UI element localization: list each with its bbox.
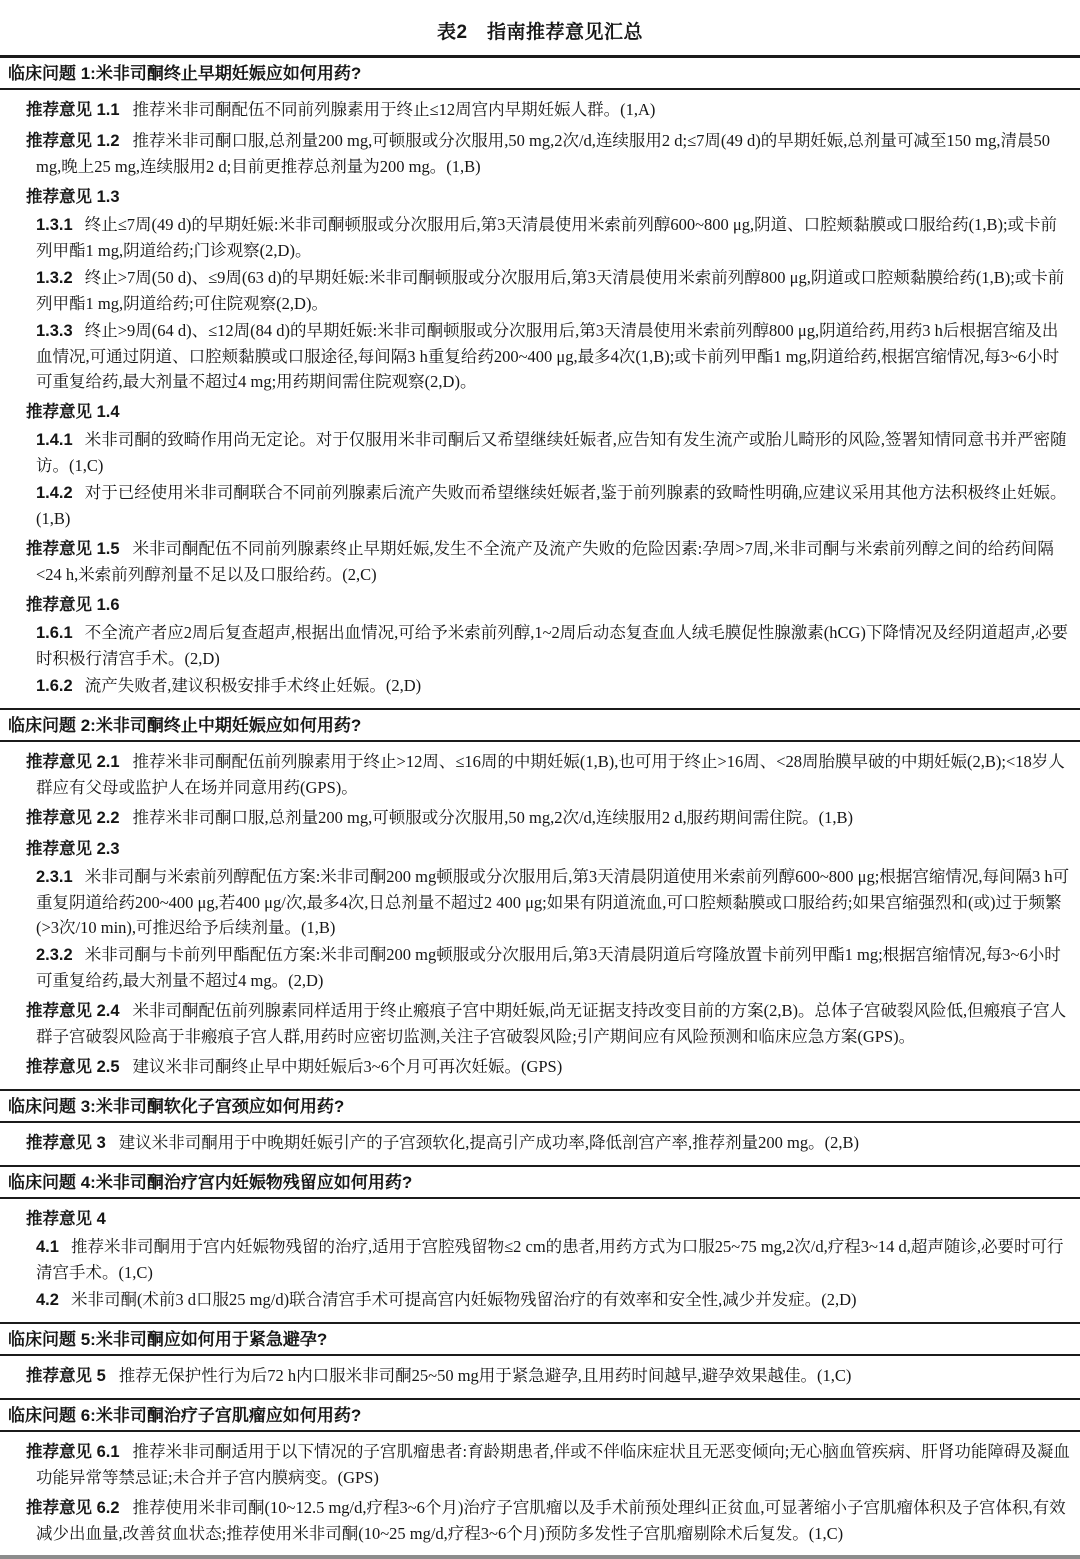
- recommendation-label: 推荐意见 4: [26, 1210, 106, 1228]
- clinical-question-row: 临床问题 3:米非司酮软化子宫颈应如何用药?: [0, 1089, 1080, 1123]
- table-title: 表2 指南推荐意见汇总: [0, 0, 1080, 55]
- recommendation-text: 推荐使用米非司酮(10~12.5 mg/d,疗程3~6个月)治疗子宫肌瘤以及手术…: [36, 1498, 1066, 1543]
- document-page: 表2 指南推荐意见汇总 临床问题 1:米非司酮终止早期妊娠应如何用药?推荐意见 …: [0, 0, 1080, 1559]
- sub-recommendation-item: 1.4.2对于已经使用米非司酮联合不同前列腺素后流产失败而希望继续妊娠者,鉴于前…: [0, 480, 1072, 531]
- clinical-question-row: 临床问题 1:米非司酮终止早期妊娠应如何用药?: [0, 56, 1080, 90]
- sub-recommendation-text: 不全流产者应2周后复查超声,根据出血情况,可给予米索前列醇,1~2周后动态复查血…: [36, 623, 1068, 668]
- sub-recommendation-label: 1.3.1: [36, 216, 73, 234]
- recommendation-label: 推荐意见 2.5: [26, 1058, 120, 1076]
- sub-recommendation-text: 对于已经使用米非司酮联合不同前列腺素后流产失败而希望继续妊娠者,鉴于前列腺素的致…: [36, 483, 1066, 528]
- recommendation-text: 推荐米非司酮配伍前列腺素用于终止>12周、≤16周的中期妊娠(1,B),也可用于…: [36, 752, 1065, 797]
- recommendation-label: 推荐意见 1.3: [26, 188, 120, 206]
- recommendation-label: 推荐意见 1.2: [26, 132, 120, 150]
- sub-recommendation-label: 1.4.1: [36, 431, 73, 449]
- recommendation-item: 推荐意见 3建议米非司酮用于中晚期妊娠引产的子宫颈软化,提高引产成功率,降低剖宫…: [0, 1130, 1072, 1156]
- recommendation-item: 推荐意见 6.2推荐使用米非司酮(10~12.5 mg/d,疗程3~6个月)治疗…: [0, 1495, 1072, 1546]
- recommendation-item: 推荐意见 2.3: [0, 836, 1072, 862]
- recommendation-label: 推荐意见 5: [26, 1367, 106, 1385]
- recommendation-text: 推荐米非司酮口服,总剂量200 mg,可顿服或分次服用,50 mg,2次/d,连…: [133, 808, 854, 827]
- sub-recommendation-item: 1.3.3终止>9周(64 d)、≤12周(84 d)的早期妊娠:米非司酮顿服或…: [0, 318, 1072, 394]
- clinical-question-row: 临床问题 4:米非司酮治疗宫内妊娠物残留应如何用药?: [0, 1165, 1080, 1199]
- recommendation-label: 推荐意见 6.1: [26, 1443, 120, 1461]
- recommendation-item: 推荐意见 2.1推荐米非司酮配伍前列腺素用于终止>12周、≤16周的中期妊娠(1…: [0, 749, 1072, 800]
- sub-recommendation-item: 1.4.1米非司酮的致畸作用尚无定论。对于仅服用米非司酮后又希望继续妊娠者,应告…: [0, 427, 1072, 478]
- recommendation-text: 建议米非司酮终止早中期妊娠后3~6个月可再次妊娠。(GPS): [133, 1057, 563, 1076]
- clinical-question-row: 临床问题 2:米非司酮终止中期妊娠应如何用药?: [0, 708, 1080, 742]
- sub-recommendation-item: 1.3.2终止>7周(50 d)、≤9周(63 d)的早期妊娠:米非司酮顿服或分…: [0, 265, 1072, 316]
- recommendation-text: 推荐米非司酮配伍不同前列腺素用于终止≤12周宫内早期妊娠人群。(1,A): [133, 100, 656, 119]
- recommendation-label: 推荐意见 2.2: [26, 809, 120, 827]
- sub-recommendation-item: 4.2米非司酮(术前3 d口服25 mg/d)联合清宫手术可提高宫内妊娠物残留治…: [0, 1287, 1072, 1313]
- recommendation-text: 建议米非司酮用于中晚期妊娠引产的子宫颈软化,提高引产成功率,降低剖宫产率,推荐剂…: [119, 1133, 859, 1152]
- sub-recommendation-item: 1.6.1不全流产者应2周后复查超声,根据出血情况,可给予米索前列醇,1~2周后…: [0, 620, 1072, 671]
- sub-recommendation-label: 1.3.3: [36, 322, 73, 340]
- recommendation-label: 推荐意见 2.1: [26, 753, 120, 771]
- sub-recommendation-text: 终止>9周(64 d)、≤12周(84 d)的早期妊娠:米非司酮顿服或分次服用后…: [36, 321, 1059, 391]
- sub-recommendation-text: 米非司酮(术前3 d口服25 mg/d)联合清宫手术可提高宫内妊娠物残留治疗的有…: [71, 1290, 857, 1309]
- clinical-question-row: 临床问题 6:米非司酮治疗子宫肌瘤应如何用药?: [0, 1398, 1080, 1432]
- sub-recommendation-text: 终止>7周(50 d)、≤9周(63 d)的早期妊娠:米非司酮顿服或分次服用后,…: [36, 268, 1064, 313]
- sub-recommendation-label: 1.4.2: [36, 484, 73, 502]
- section-body: 推荐意见 6.1推荐米非司酮适用于以下情况的子宫肌瘤患者:育龄期患者,伴或不伴临…: [0, 1432, 1080, 1555]
- sub-recommendation-label: 4.2: [36, 1291, 59, 1309]
- section-body: 推荐意见 1.1推荐米非司酮配伍不同前列腺素用于终止≤12周宫内早期妊娠人群。(…: [0, 90, 1080, 708]
- recommendation-text: 米非司酮配伍不同前列腺素终止早期妊娠,发生不全流产及流产失败的危险因素:孕周>7…: [36, 539, 1054, 584]
- recommendation-label: 推荐意见 1.6: [26, 596, 120, 614]
- clinical-question-row: 临床问题 5:米非司酮应如何用于紧急避孕?: [0, 1322, 1080, 1356]
- section-body: 推荐意见 3建议米非司酮用于中晚期妊娠引产的子宫颈软化,提高引产成功率,降低剖宫…: [0, 1123, 1080, 1165]
- recommendation-item: 推荐意见 1.3: [0, 184, 1072, 210]
- section-body: 推荐意见 2.1推荐米非司酮配伍前列腺素用于终止>12周、≤16周的中期妊娠(1…: [0, 742, 1080, 1089]
- recommendation-item: 推荐意见 4: [0, 1206, 1072, 1232]
- recommendation-item: 推荐意见 1.5米非司酮配伍不同前列腺素终止早期妊娠,发生不全流产及流产失败的危…: [0, 536, 1072, 587]
- sub-recommendation-text: 米非司酮的致畸作用尚无定论。对于仅服用米非司酮后又希望继续妊娠者,应告知有发生流…: [36, 430, 1066, 475]
- recommendation-label: 推荐意见 1.1: [26, 101, 120, 119]
- sub-recommendation-text: 推荐米非司酮用于宫内妊娠物残留的治疗,适用于宫腔残留物≤2 cm的患者,用药方式…: [36, 1237, 1064, 1282]
- recommendation-item: 推荐意见 2.4米非司酮配伍前列腺素同样适用于终止瘢痕子宫中期妊娠,尚无证据支持…: [0, 998, 1072, 1049]
- sub-recommendation-label: 1.6.2: [36, 677, 73, 695]
- sub-recommendation-label: 2.3.2: [36, 946, 73, 964]
- recommendation-item: 推荐意见 1.1推荐米非司酮配伍不同前列腺素用于终止≤12周宫内早期妊娠人群。(…: [0, 97, 1072, 123]
- recommendation-item: 推荐意见 1.2推荐米非司酮口服,总剂量200 mg,可顿服或分次服用,50 m…: [0, 128, 1072, 179]
- recommendation-label: 推荐意见 2.4: [26, 1002, 120, 1020]
- section-body: 推荐意见 5推荐无保护性行为后72 h内口服米非司酮25~50 mg用于紧急避孕…: [0, 1356, 1080, 1398]
- sub-recommendation-item: 4.1推荐米非司酮用于宫内妊娠物残留的治疗,适用于宫腔残留物≤2 cm的患者,用…: [0, 1234, 1072, 1285]
- sub-recommendation-label: 2.3.1: [36, 868, 73, 886]
- recommendation-label: 推荐意见 1.4: [26, 403, 120, 421]
- recommendation-item: 推荐意见 1.4: [0, 399, 1072, 425]
- recommendation-item: 推荐意见 5推荐无保护性行为后72 h内口服米非司酮25~50 mg用于紧急避孕…: [0, 1363, 1072, 1389]
- sub-recommendation-item: 2.3.2米非司酮与卡前列甲酯配伍方案:米非司酮200 mg顿服或分次服用后,第…: [0, 942, 1072, 993]
- recommendation-label: 推荐意见 2.3: [26, 840, 120, 858]
- recommendation-item: 推荐意见 6.1推荐米非司酮适用于以下情况的子宫肌瘤患者:育龄期患者,伴或不伴临…: [0, 1439, 1072, 1490]
- sub-recommendation-text: 流产失败者,建议积极安排手术终止妊娠。(2,D): [85, 676, 421, 695]
- recommendation-item: 推荐意见 2.5建议米非司酮终止早中期妊娠后3~6个月可再次妊娠。(GPS): [0, 1054, 1072, 1080]
- recommendation-item: 推荐意见 2.2推荐米非司酮口服,总剂量200 mg,可顿服或分次服用,50 m…: [0, 805, 1072, 831]
- guideline-recommendations-table: 临床问题 1:米非司酮终止早期妊娠应如何用药?推荐意见 1.1推荐米非司酮配伍不…: [0, 55, 1080, 1559]
- sub-recommendation-text: 米非司酮与米索前列醇配伍方案:米非司酮200 mg顿服或分次服用后,第3天清晨阴…: [36, 867, 1069, 937]
- sub-recommendation-label: 4.1: [36, 1238, 59, 1256]
- recommendation-label: 推荐意见 3: [26, 1134, 106, 1152]
- recommendation-label: 推荐意见 6.2: [26, 1499, 120, 1517]
- section-body: 推荐意见 44.1推荐米非司酮用于宫内妊娠物残留的治疗,适用于宫腔残留物≤2 c…: [0, 1199, 1080, 1322]
- sub-recommendation-label: 1.6.1: [36, 624, 73, 642]
- recommendation-text: 米非司酮配伍前列腺素同样适用于终止瘢痕子宫中期妊娠,尚无证据支持改变目前的方案(…: [36, 1001, 1066, 1046]
- sub-recommendation-item: 1.3.1终止≤7周(49 d)的早期妊娠:米非司酮顿服或分次服用后,第3天清晨…: [0, 212, 1072, 263]
- recommendation-label: 推荐意见 1.5: [26, 540, 120, 558]
- sub-recommendation-label: 1.3.2: [36, 269, 73, 287]
- sub-recommendation-item: 2.3.1米非司酮与米索前列醇配伍方案:米非司酮200 mg顿服或分次服用后,第…: [0, 864, 1072, 940]
- recommendation-item: 推荐意见 1.6: [0, 592, 1072, 618]
- recommendation-text: 推荐米非司酮适用于以下情况的子宫肌瘤患者:育龄期患者,伴或不伴临床症状且无恶变倾…: [36, 1442, 1070, 1487]
- sub-recommendation-text: 终止≤7周(49 d)的早期妊娠:米非司酮顿服或分次服用后,第3天清晨使用米索前…: [36, 215, 1057, 260]
- sub-recommendation-item: 1.6.2流产失败者,建议积极安排手术终止妊娠。(2,D): [0, 673, 1072, 699]
- recommendation-text: 推荐米非司酮口服,总剂量200 mg,可顿服或分次服用,50 mg,2次/d,连…: [36, 131, 1050, 176]
- recommendation-text: 推荐无保护性行为后72 h内口服米非司酮25~50 mg用于紧急避孕,且用药时间…: [119, 1366, 852, 1385]
- sub-recommendation-text: 米非司酮与卡前列甲酯配伍方案:米非司酮200 mg顿服或分次服用后,第3天清晨阴…: [36, 945, 1061, 990]
